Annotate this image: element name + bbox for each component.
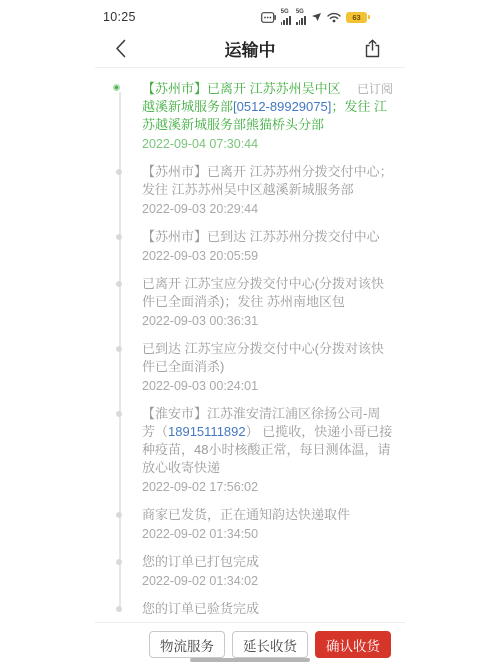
share-icon xyxy=(364,39,381,58)
battery-percent: 63 xyxy=(352,13,360,22)
entry-timestamp: 2022-09-03 20:29:44 xyxy=(142,201,393,217)
tracking-timeline: 已订阅【苏州市】已离开 江苏苏州吴中区越溪新城服务部[0512-89929075… xyxy=(95,68,405,622)
timeline-entry: 已订阅【苏州市】已离开 江苏苏州吴中区越溪新城服务部[0512-89929075… xyxy=(142,80,393,152)
timeline-dot xyxy=(116,346,122,352)
confirm-receipt-button[interactable]: 确认收货 xyxy=(315,631,391,658)
entry-text: 【苏州市】已离开 江苏苏州分拨交付中心；发往 江苏苏州吴中区越溪新城服务部 xyxy=(142,163,393,199)
entry-text: 商家已发货，正在通知韵达快递取件 xyxy=(142,506,393,524)
subscribed-badge: 已订阅 xyxy=(357,80,393,98)
timeline-entry: 【淮安市】江苏淮安清江浦区徐扬公司-周芳（18915111892） 已揽收，快递… xyxy=(142,405,393,495)
timeline-entry: 【苏州市】已到达 江苏苏州分拨交付中心 2022-09-03 20:05:59 xyxy=(142,228,393,264)
timeline-dot xyxy=(113,84,120,91)
entry-timestamp: 2022-09-02 17:56:02 xyxy=(142,479,393,495)
wifi-call-icon xyxy=(311,12,322,22)
entry-text: 已订阅【苏州市】已离开 江苏苏州吴中区越溪新城服务部[0512-89929075… xyxy=(142,80,393,134)
entry-timestamp: 2022-09-02 01:34:02 xyxy=(142,573,393,589)
logistics-service-button[interactable]: 物流服务 xyxy=(149,631,225,658)
timeline-dot xyxy=(116,606,122,612)
status-time: 10:25 xyxy=(103,10,136,24)
home-indicator xyxy=(190,658,310,662)
status-bar: 10:25 5G 5G 63 xyxy=(95,4,405,30)
timeline-entry: 您的订单已验货完成 xyxy=(142,600,393,618)
page-title: 运输中 xyxy=(139,36,361,61)
timeline-dot xyxy=(116,169,122,175)
entry-timestamp: 2022-09-02 01:34:50 xyxy=(142,526,393,542)
nav-header: 运输中 xyxy=(95,30,405,68)
timeline-entries: 已订阅【苏州市】已离开 江苏苏州吴中区越溪新城服务部[0512-89929075… xyxy=(142,80,393,618)
timeline-dot xyxy=(116,411,122,417)
message-icon xyxy=(261,12,276,23)
timeline-entry: 您的订单已打包完成 2022-09-02 01:34:02 xyxy=(142,553,393,589)
extend-receipt-button[interactable]: 延长收货 xyxy=(232,631,308,658)
entry-text-segment: 已离开 江苏宝应分拨交付中心(分拨对该快件已全面消杀)；发往 苏州南地区包 xyxy=(142,276,384,309)
signal-5g-icon: 5G xyxy=(296,10,306,25)
chevron-left-icon xyxy=(115,39,126,58)
entry-timestamp: 2022-09-04 07:30:44 xyxy=(142,136,393,152)
timeline-dot xyxy=(116,281,122,287)
entry-text: 已离开 江苏宝应分拨交付中心(分拨对该快件已全面消杀)；发往 苏州南地区包 xyxy=(142,275,393,311)
phone-link[interactable]: 18915111892 xyxy=(168,424,246,439)
timeline-entry: 商家已发货，正在通知韵达快递取件 2022-09-02 01:34:50 xyxy=(142,506,393,542)
back-button[interactable] xyxy=(95,30,139,67)
entry-timestamp: 2022-09-03 00:24:01 xyxy=(142,378,393,394)
timeline-dot xyxy=(116,512,122,518)
entry-text-segment: 已到达 江苏宝应分拨交付中心(分拨对该快件已全面消杀) xyxy=(142,341,384,374)
entry-text: 【苏州市】已到达 江苏苏州分拨交付中心 xyxy=(142,228,393,246)
entry-text-segment: 您的订单已验货完成 xyxy=(142,601,259,616)
timeline-dot xyxy=(116,559,122,565)
app-screen: 10:25 5G 5G 63 xyxy=(0,0,500,666)
timeline-entry: 已离开 江苏宝应分拨交付中心(分拨对该快件已全面消杀)；发往 苏州南地区包 20… xyxy=(142,275,393,329)
share-button[interactable] xyxy=(361,30,405,67)
entry-text: 【淮安市】江苏淮安清江浦区徐扬公司-周芳（18915111892） 已揽收，快递… xyxy=(142,405,393,477)
timeline-entry: 已到达 江苏宝应分拨交付中心(分拨对该快件已全面消杀) 2022-09-03 0… xyxy=(142,340,393,394)
entry-timestamp: 2022-09-03 20:05:59 xyxy=(142,248,393,264)
entry-text: 您的订单已验货完成 xyxy=(142,600,393,618)
timeline-entry: 【苏州市】已离开 江苏苏州分拨交付中心；发往 江苏苏州吴中区越溪新城服务部 20… xyxy=(142,163,393,217)
wifi-icon xyxy=(327,12,341,23)
timeline-dot xyxy=(116,234,122,240)
status-icons: 5G 5G 63 xyxy=(261,10,367,25)
entry-text-segment: 您的订单已打包完成 xyxy=(142,554,259,569)
entry-text-segment: 【苏州市】已离开 江苏苏州分拨交付中心；发往 江苏苏州吴中区越溪新城服务部 xyxy=(142,164,393,197)
entry-text-segment: 【苏州市】已到达 江苏苏州分拨交付中心 xyxy=(142,229,380,244)
battery-icon: 63 xyxy=(346,12,367,23)
entry-text: 您的订单已打包完成 xyxy=(142,553,393,571)
entry-timestamp: 2022-09-03 00:36:31 xyxy=(142,313,393,329)
signal-5g-icon: 5G xyxy=(281,10,291,25)
entry-text-segment: 商家已发货，正在通知韵达快递取件 xyxy=(142,507,350,522)
entry-text: 已到达 江苏宝应分拨交付中心(分拨对该快件已全面消杀) xyxy=(142,340,393,376)
phone-link[interactable]: [0512-89929075] xyxy=(233,99,331,114)
